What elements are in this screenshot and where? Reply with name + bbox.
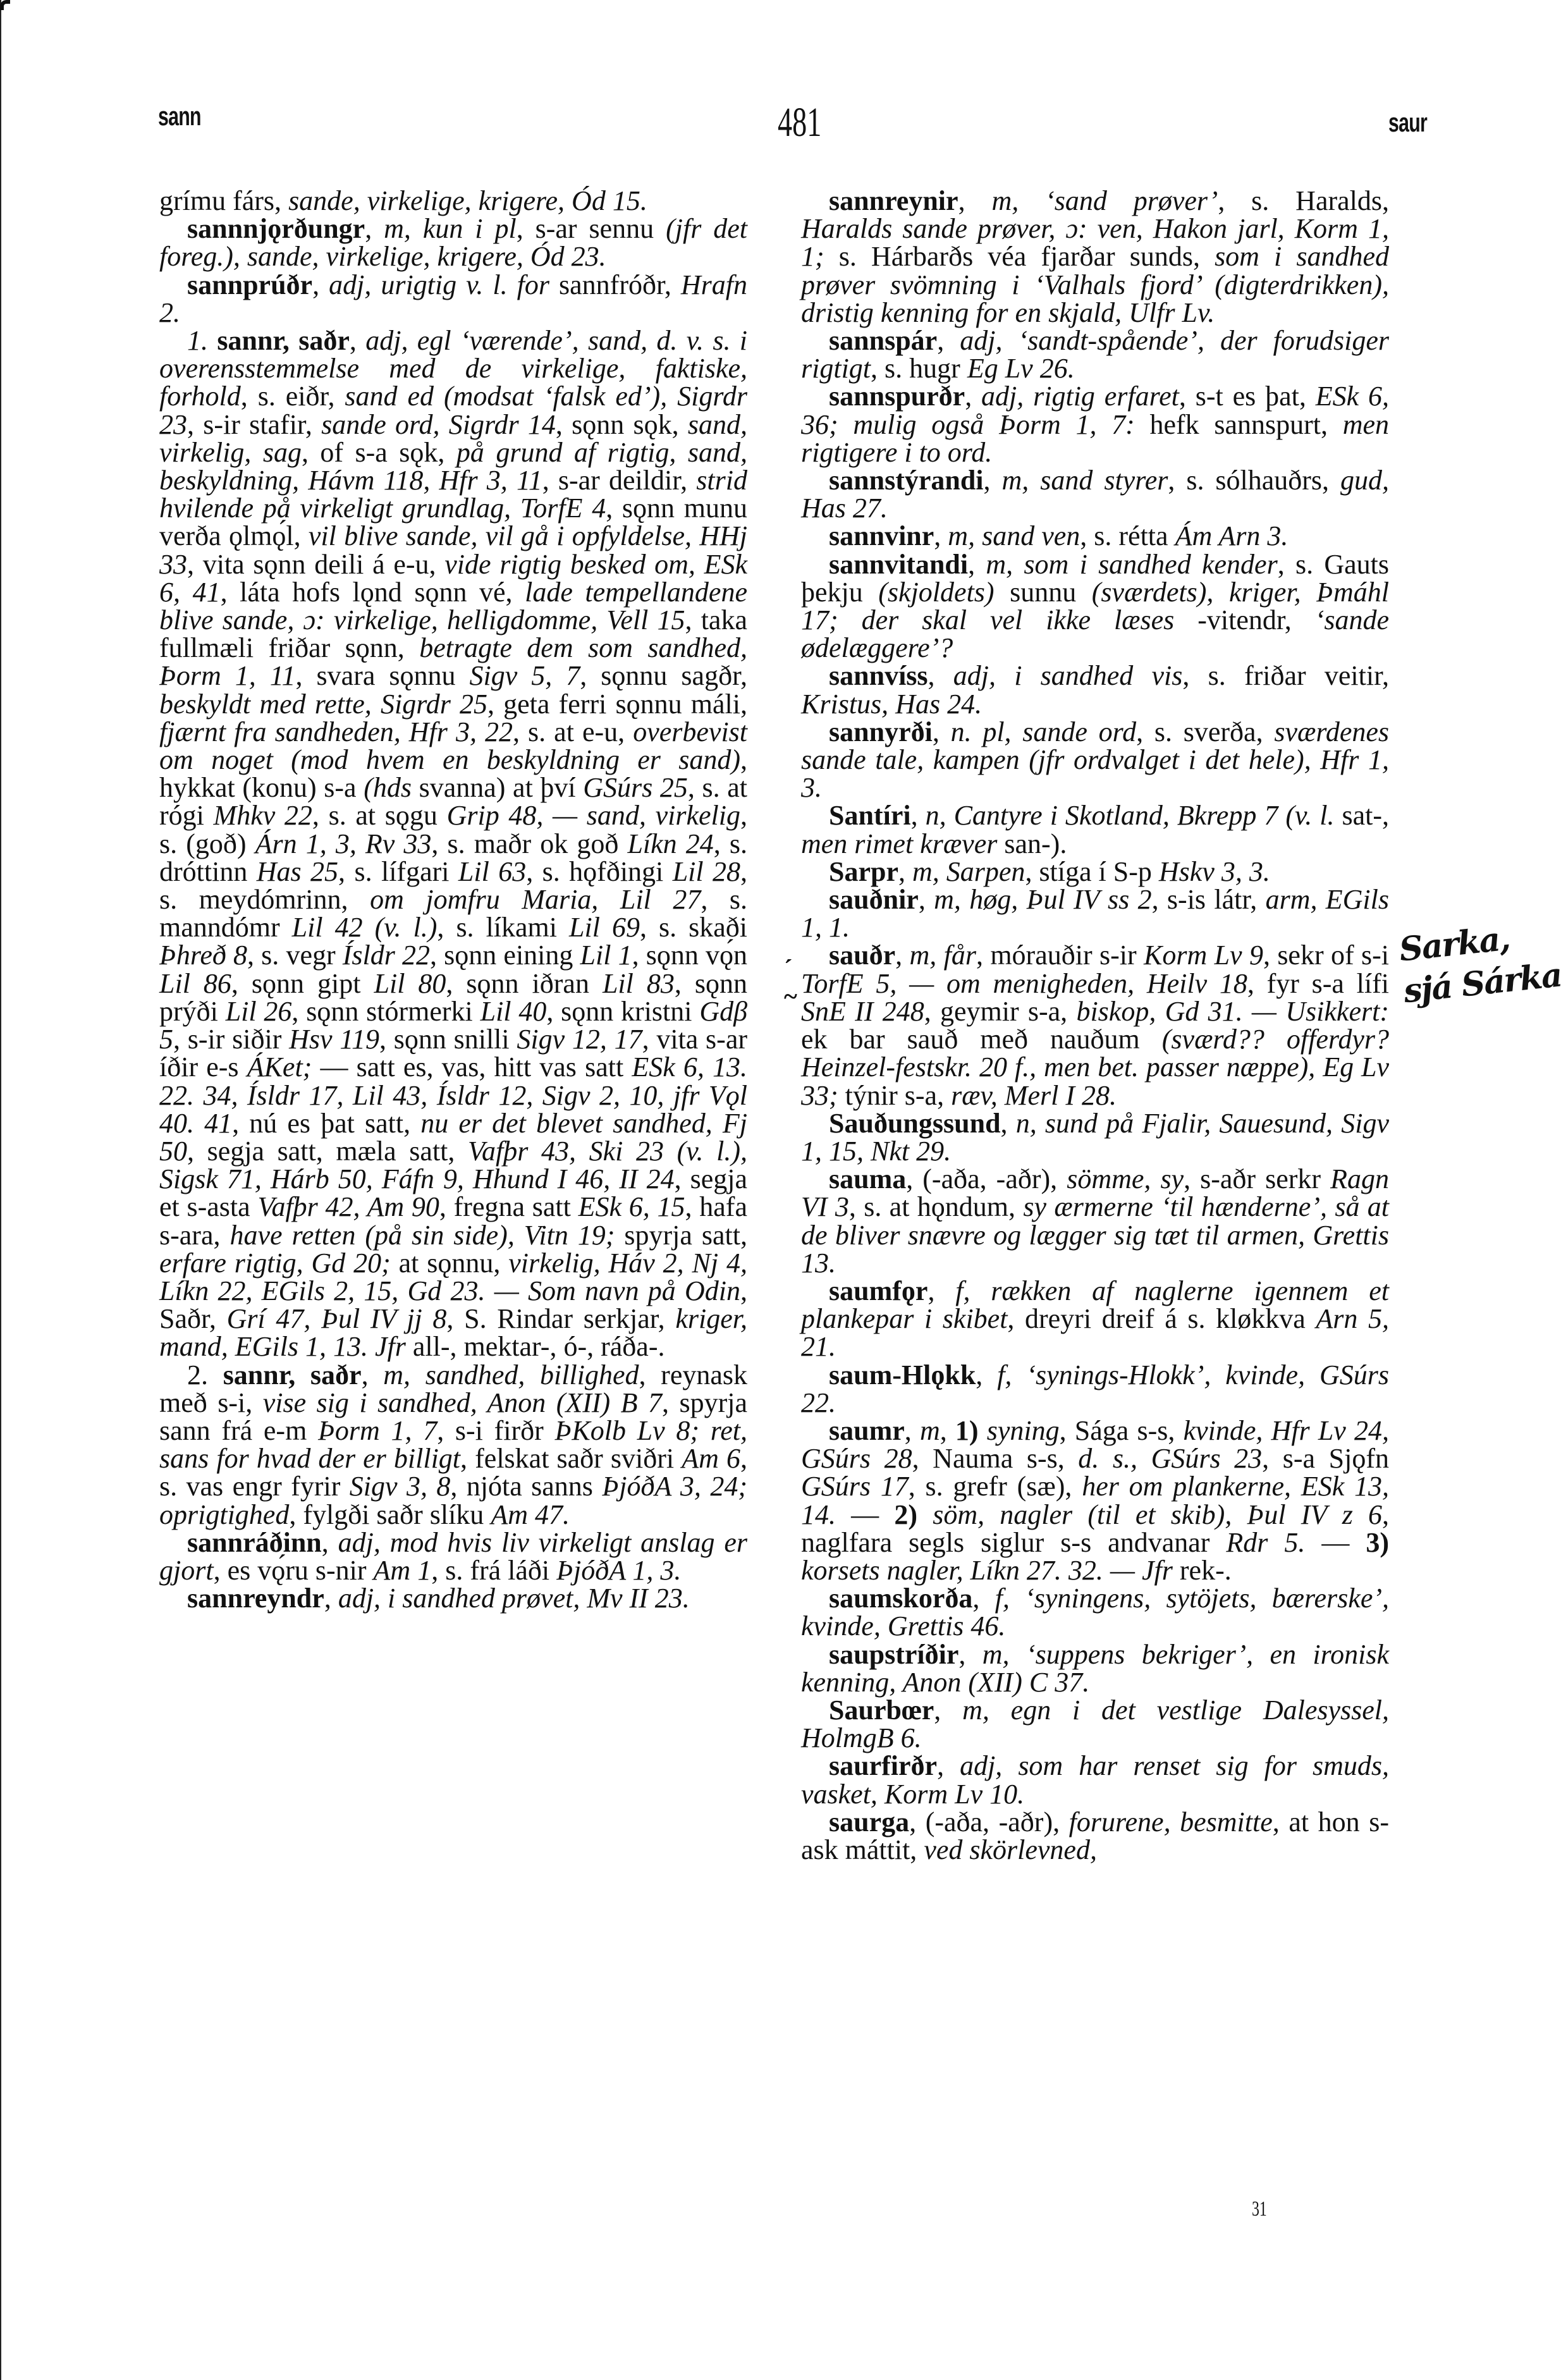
headword: sannstýrandi	[829, 465, 984, 496]
headword: saumskorða	[829, 1583, 972, 1614]
dictionary-entry: saumfǫr, f, rækken af naglerne igennem e…	[801, 1277, 1389, 1361]
signature-mark: 31	[1252, 2197, 1267, 2221]
headword: saumr	[829, 1415, 905, 1446]
citation-text: ,	[937, 325, 960, 356]
citation-text: , s. hǫfðingi	[526, 856, 672, 887]
gloss-text: m, Sarpen	[912, 856, 1025, 887]
headword: Sarpr	[829, 856, 898, 887]
citation-text: , s. vegr	[247, 940, 343, 971]
dictionary-entry: sannreyndr, adj, i sandhed prøvet, Mv II…	[159, 1585, 747, 1612]
citation-text: , segja satt, mæla satt,	[187, 1136, 468, 1167]
gloss-text: Grip 48, — sand, virkelig	[447, 800, 740, 831]
citation-text: , dreyri dreif á s. kløkkva	[1007, 1303, 1316, 1334]
citation-text: ,	[965, 381, 981, 412]
gloss-text: erfare rigtig, Gd 20;	[159, 1248, 391, 1279]
dictionary-entry: sannspár, adj, ‘sandt-spående’, der foru…	[801, 327, 1389, 383]
citation-text: , sǫnn sǫk,	[556, 409, 688, 440]
gloss-text: Hskv 3, 3.	[1159, 856, 1270, 887]
citation-text: at sǫnnu,	[391, 1248, 509, 1279]
gloss-text: d. s., GSúrs 23	[1078, 1443, 1262, 1474]
gloss-text: Lil 80	[374, 968, 446, 999]
citation-text: , s. líkami	[437, 912, 569, 943]
citation-text: ,	[940, 1415, 955, 1446]
dictionary-entry: saumskorða, f, ‘syningens, sytöjets, bær…	[801, 1585, 1389, 1640]
citation-text: , s. skaði	[640, 912, 747, 943]
dictionary-entry: Sarpr, m, Sarpen, stíga í S-p Hskv 3, 3.	[801, 858, 1389, 886]
dictionary-entry: Saurbœr, m, egn i det vestlige Dalesysse…	[801, 1696, 1389, 1752]
gloss-text: Lil 42 (v. l.)	[292, 912, 438, 943]
citation-text: , sǫnn snilli	[379, 1024, 517, 1055]
citation-text: , s. frá láði	[431, 1555, 556, 1586]
citation-text: ,	[898, 856, 912, 887]
gloss-text: SnE II 248	[801, 996, 924, 1027]
citation-text: , s-ir stafir,	[187, 409, 321, 440]
page-corner-mark	[0, 0, 10, 10]
gloss-text: TorfE 5, — om menigheden, Heilv 18	[801, 968, 1247, 999]
gloss-text: Am 1	[374, 1555, 432, 1586]
handwritten-margin-note: Sarka, sjá Sárka	[1397, 912, 1561, 1012]
citation-text: , stíga í S-p	[1025, 856, 1158, 887]
gloss-text: beskyldt med rette, Sigrdr 25	[159, 689, 487, 720]
citation-text: , s. Haralds,	[1218, 185, 1389, 216]
headword: sannreynir	[829, 185, 958, 216]
gloss-text: sande, virkelige, krigere, Ód 15.	[288, 185, 647, 216]
citation-text: ek bar sauð með nauðum	[801, 1024, 1162, 1055]
citation-text: ,	[934, 1695, 962, 1726]
gloss-text: m, sand ven	[948, 520, 1080, 551]
gloss-text: Lil 86	[159, 968, 231, 999]
dictionary-entry: sauðr, m, får, mórauðir s-ir Korm Lv 9, …	[801, 942, 1389, 1109]
gloss-text: adj, rigtig erfaret	[981, 381, 1179, 412]
headword: saupstríðir	[829, 1639, 958, 1670]
citation-text: , s-is látr,	[1152, 884, 1266, 915]
gloss-text: Sigv 12, 17	[517, 1024, 642, 1055]
gloss-text: Mhkv 22	[214, 800, 312, 831]
page-number: 481	[778, 99, 821, 147]
citation-text: , s. rétta	[1080, 520, 1175, 551]
citation-text: , s. grefr (sæ),	[909, 1471, 1082, 1502]
gloss-text: Líkn 24	[627, 828, 713, 859]
dictionary-entry: Sauðungssund, n, sund på Fjalir, Sauesun…	[801, 1110, 1389, 1165]
headword: saurfirðr	[829, 1750, 937, 1781]
dictionary-entry: grímu fárs, sande, virkelige, krigere, Ó…	[159, 187, 747, 215]
citation-text: , s. eiðr,	[241, 381, 345, 412]
headword: Santíri	[829, 800, 911, 831]
gloss-text: Sigv 3, 8	[350, 1471, 451, 1502]
gloss-text: have retten (på sin side), Vitn 19;	[230, 1220, 615, 1251]
headword: 2)	[894, 1499, 917, 1530]
citation-text	[979, 1415, 987, 1446]
citation-text: , (-aða, -aðr),	[906, 1163, 1067, 1194]
citation-text: , s-ir siðir	[173, 1024, 289, 1055]
gloss-text: Hsv 119	[289, 1024, 379, 1055]
gloss-text: m, som i sandhed kender	[986, 549, 1277, 580]
headword: sauðr	[829, 940, 895, 971]
citation-text: — satt es, vas, hitt vas satt	[312, 1052, 632, 1083]
gloss-text: Am 47.	[491, 1499, 570, 1530]
gloss-text: GSúrs 25	[583, 772, 688, 803]
gloss-text: ved skörlevned,	[924, 1834, 1097, 1865]
gloss-text: sande ord, Sigrdr 14	[321, 409, 556, 440]
citation-text: ,	[322, 1527, 338, 1558]
citation-text: , of s-a sǫk,	[302, 437, 456, 468]
citation-text: , sǫnn stórmerki	[291, 996, 480, 1027]
citation-text: grímu fárs,	[159, 185, 288, 216]
gloss-text: Ám Arn 3.	[1175, 520, 1289, 551]
dictionary-entry: sannráðinn, adj, mod hvis liv virkeligt …	[159, 1529, 747, 1585]
citation-text: týnir s-a,	[838, 1080, 951, 1111]
dictionary-entry: sannyrði, n. pl, sande ord, s. sverða, s…	[801, 718, 1389, 802]
headword: 1)	[955, 1415, 979, 1446]
citation-text: ,	[968, 549, 986, 580]
margin-tick-mark: ~	[784, 981, 797, 1011]
headword: sannr, saðr	[223, 1359, 362, 1390]
citation-text: ,	[905, 1415, 920, 1446]
gloss-text: ræv, Merl I 28.	[951, 1080, 1117, 1111]
gloss-text: Korm Lv 9	[1144, 940, 1263, 971]
citation-text: , njóta sanns	[450, 1471, 602, 1502]
gloss-text: (skjoldets)	[878, 577, 994, 608]
right-guide-word: saur	[1388, 107, 1427, 138]
headword: saurga	[829, 1806, 909, 1837]
gloss-text: adj, i sandhed vis	[953, 660, 1183, 691]
citation-text: , fyr s-a lífi	[1247, 968, 1389, 999]
gloss-text: m, får	[909, 940, 976, 971]
headword: Saurbœr	[829, 1695, 934, 1726]
citation-text: , s. at e-u,	[513, 716, 633, 747]
dictionary-entry: 2. sannr, saðr, m, sandhed, billighed, r…	[159, 1361, 747, 1529]
gloss-text: adj, i sandhed prøvet, Mv II 23.	[338, 1583, 690, 1614]
gloss-text: Árn 1, 3, Rv 33	[255, 828, 432, 859]
citation-text: ,	[933, 716, 951, 747]
dictionary-entry: 1. sannr, saðr, adj, egl ‘værende’, sand…	[159, 327, 747, 1361]
gloss-text: n. pl, sande ord	[951, 716, 1137, 747]
citation-text: , geymir s-a,	[924, 996, 1077, 1027]
citation-text: —	[1305, 1527, 1366, 1558]
headword: sannyrði	[829, 716, 933, 747]
gloss-text: m, sandhed, billighed	[383, 1359, 639, 1390]
citation-text: ,	[927, 1275, 955, 1306]
citation-text: , láta hofs lǫnd sǫnn vé,	[221, 577, 525, 608]
gloss-text: Kristus, Has 24.	[801, 689, 982, 720]
citation-text: , es vǫ́ru s-nir	[214, 1555, 374, 1586]
citation-text: , fregna satt	[439, 1191, 578, 1222]
right-column: sannreynir, m, ‘sand prøver’, s. Haralds…	[801, 187, 1389, 1864]
citation-text: , s. sólhauðrs,	[1168, 465, 1340, 496]
gloss-text: GSúrs 17	[801, 1471, 909, 1502]
citation-text: ,	[976, 1359, 997, 1390]
citation-text: —	[836, 1499, 894, 1530]
citation-text: , s. friðar veitir,	[1182, 660, 1389, 691]
citation-text: , s. hugr	[871, 353, 967, 384]
citation-text: , s-ar deildir,	[542, 465, 697, 496]
citation-text: , sǫnn iðran	[446, 968, 603, 999]
gloss-text: Þorm 1, 7	[318, 1415, 437, 1446]
gloss-text: Eg Lv 26.	[967, 353, 1075, 384]
dictionary-entry: Santíri, n, Cantyre i Skotland, Bkrepp 7…	[801, 802, 1389, 857]
headword: saum-Hlǫkk	[829, 1359, 976, 1390]
dictionary-entry: sauma, (-aða, -aðr), sömme, sy, s-aðr se…	[801, 1165, 1389, 1277]
citation-text: , sǫnn eining	[430, 940, 580, 971]
citation-text: , s-ar sennu	[517, 213, 666, 244]
citation-text: ,	[934, 520, 948, 551]
gloss-text: syning	[987, 1415, 1060, 1446]
citation-text: sunnu	[995, 577, 1092, 608]
gloss-text: adj, urigtig v. l. for	[329, 269, 549, 300]
citation-text: ,	[958, 1639, 982, 1670]
citation-text: , s. at hǫndum,	[849, 1191, 1023, 1222]
headword: sannnjǫrðungr	[187, 213, 365, 244]
headword: sannráðinn	[187, 1527, 322, 1558]
gloss-text: (hds	[364, 772, 412, 803]
gloss-text: Rdr 5.	[1226, 1527, 1305, 1558]
gloss-text: Ísldr 22	[343, 940, 430, 971]
dictionary-entry: saurfirðr, adj, som har renset sig for s…	[801, 1752, 1389, 1808]
citation-text: ,	[312, 269, 329, 300]
citation-text: ,	[365, 213, 384, 244]
gloss-text: m, kun i pl	[384, 213, 517, 244]
citation-text: , s-aðr serkr	[1184, 1163, 1330, 1194]
gloss-text: Lil 26	[226, 996, 292, 1027]
citation-text: ,	[911, 800, 926, 831]
gloss-text: biskop, Gd 31. — Usikkert:	[1076, 996, 1389, 1027]
gloss-text: om jomfru Maria, Lil 27	[370, 884, 701, 915]
citation-text: , s. maðr ok goð	[431, 828, 627, 859]
citation-text: , s. sverða,	[1136, 716, 1274, 747]
headword: sannvíss	[829, 660, 928, 691]
dictionary-entry: saupstríðir, m, ‘suppens bekriger’, en i…	[801, 1641, 1389, 1696]
gloss-text: Lil 63	[458, 856, 526, 887]
citation-text: , fylgði saðr slíku	[289, 1499, 491, 1530]
gloss-text: ÞjóðA 1, 3.	[556, 1555, 681, 1586]
gloss-text: Lil 69	[569, 912, 640, 943]
citation-text: ,	[937, 1750, 960, 1781]
dictionary-entry: sannspurðr, adj, rigtig erfaret, s-t es …	[801, 383, 1389, 467]
dictionary-entry: saumr, m, 1) syning, Sága s-s, kvinde, H…	[801, 1417, 1389, 1585]
gloss-text: Lil 83	[603, 968, 675, 999]
citation-text: , mórauðir s-ir	[976, 940, 1144, 971]
citation-text: ,	[928, 660, 953, 691]
citation-text: ,	[919, 884, 934, 915]
gloss-text: m, høg, Þul IV ss 2	[934, 884, 1151, 915]
dictionary-entry: sannvitandi, m, som i sandhed kender, s.…	[801, 551, 1389, 663]
citation-text: spyrja satt,	[615, 1220, 747, 1251]
citation-text: , (-aða, -aðr),	[909, 1806, 1069, 1837]
citation-text: ,	[972, 1583, 995, 1614]
citation-text: , vita sǫnn deili á e-u,	[187, 549, 444, 580]
headword: sauma	[829, 1163, 906, 1194]
gloss-text: m	[920, 1415, 940, 1446]
headword: sannspár	[829, 325, 937, 356]
citation-text: rek-.	[1173, 1555, 1232, 1586]
margin-tick-mark: ˊ	[784, 954, 792, 983]
gloss-text: Lil 28	[673, 856, 740, 887]
citation-text: , sǫnn vǫ́n	[632, 940, 747, 971]
gloss-text: men rimet kræver	[801, 828, 997, 859]
citation-text: , felskat saðr sviðri	[460, 1443, 682, 1474]
page-edge	[0, 0, 5, 2380]
headword: Sauðungssund	[829, 1108, 1001, 1139]
citation-text: all-, mektar-, ó-, ráða-.	[406, 1331, 665, 1362]
citation-text: , s-t es þat,	[1179, 381, 1316, 412]
gloss-text: Lil 1	[580, 940, 632, 971]
left-column: grímu fárs, sande, virkelige, krigere, Ó…	[159, 187, 747, 1612]
gloss-text: korsets nagler, Líkn 27. 32. — Jfr	[801, 1555, 1173, 1586]
citation-text: , geta ferri sǫnnu máli,	[487, 689, 747, 720]
citation-text: sat-,	[1334, 800, 1389, 831]
dictionary-entry: sannvíss, adj, i sandhed vis, s. friðar …	[801, 662, 1389, 718]
citation-text: svanna) at því	[412, 772, 583, 803]
gloss-text: Has 25	[257, 856, 338, 887]
headword: saumfǫr	[829, 1275, 927, 1306]
gloss-text: m, ‘sand prøver’	[991, 185, 1218, 216]
citation-text: , s-i firðr	[437, 1415, 554, 1446]
gloss-text: Sigv 5, 7	[470, 660, 580, 691]
citation-text: ,	[324, 1583, 338, 1614]
citation-text: hefk sannspurt,	[1135, 409, 1343, 440]
citation-text: , S. Rindar serkjar,	[446, 1303, 675, 1334]
headword: sannreyndr	[187, 1583, 324, 1614]
citation-text: , sǫnnu sagðr,	[580, 660, 747, 691]
dictionary-entry: saurga, (-aða, -aðr), forurene, besmitte…	[801, 1808, 1389, 1864]
gloss-text: forurene, besmitte	[1069, 1806, 1273, 1837]
citation-text: -vitendr,	[1174, 604, 1314, 635]
gloss-text: vise sig i sandhed, Anon (XII) B 7	[263, 1387, 662, 1418]
gloss-text: fjærnt fra sandheden, Hfr 3, 22	[159, 716, 513, 747]
gloss-text: Þhreð 8	[159, 940, 247, 971]
citation-text: , sekr of s-i	[1263, 940, 1389, 971]
dictionary-entry: sannnjǫrðungr, m, kun i pl, s-ar sennu (…	[159, 215, 747, 271]
citation-text: ,	[895, 940, 909, 971]
citation-text: , svara sǫnnu	[296, 660, 470, 691]
gloss-text: Am 6	[682, 1443, 740, 1474]
headword: sannspurðr	[829, 381, 965, 412]
citation-text: ,	[350, 325, 365, 356]
gloss-text: Lil 40	[481, 996, 547, 1027]
citation-text: , s-a Sjǫfn	[1262, 1443, 1389, 1474]
citation-text: san-).	[997, 828, 1067, 859]
gloss-text: ÁKet;	[247, 1052, 312, 1083]
dictionary-entry: sannvinr, m, sand ven, s. rétta Ám Arn 3…	[801, 522, 1389, 550]
citation-text: , sǫnn kristni	[546, 996, 699, 1027]
citation-text: , Sága s-s,	[1060, 1415, 1184, 1446]
citation-text: , Nauma s-s,	[912, 1443, 1079, 1474]
dictionary-entry: sauðnir, m, høg, Þul IV ss 2, s-is látr,…	[801, 886, 1389, 942]
dictionary-entry: saum-Hlǫkk, f, ‘synings-Hlokk’, kvinde, …	[801, 1361, 1389, 1417]
gloss-text: Grí 47, Þul IV jj 8	[227, 1303, 447, 1334]
headword: sannvinr	[829, 520, 934, 551]
citation-text: ,	[984, 465, 1002, 496]
headword: 3)	[1366, 1527, 1389, 1558]
citation-text: sannfróðr,	[549, 269, 681, 300]
dictionary-entry: sannprúðr, adj, urigtig v. l. for sannfr…	[159, 271, 747, 327]
gloss-text: sömme, sy	[1067, 1163, 1184, 1194]
gloss-text: 1.	[187, 325, 217, 356]
citation-text: , nú es þat satt,	[232, 1108, 420, 1139]
citation-text	[917, 1499, 933, 1530]
citation-text: , s. at sǫgu	[312, 800, 447, 831]
gloss-text: m, sand styrer	[1002, 465, 1168, 496]
citation-text: , sǫnn gipt	[231, 968, 374, 999]
gloss-text: söm, nagler (til et skib), Þul IV z 6	[933, 1499, 1382, 1530]
citation-text: , s. lífgari	[338, 856, 458, 887]
dictionary-entry: sannstýrandi, m, sand styrer, s. sólhauð…	[801, 467, 1389, 522]
headword: sauðnir	[829, 884, 919, 915]
headword: sannprúðr	[187, 269, 312, 300]
citation-text: ,	[958, 185, 992, 216]
dictionary-entry: sannreynir, m, ‘sand prøver’, s. Haralds…	[801, 187, 1389, 327]
citation-text: ,	[1001, 1108, 1016, 1139]
citation-text: ,	[362, 1359, 384, 1390]
gloss-text: Vafþr 42, Am 90	[257, 1191, 439, 1222]
citation-text: s. Hárbarðs véa fjarðar sunds,	[824, 241, 1215, 272]
headword: sannr, saðr	[217, 325, 350, 356]
gloss-text: ESk 6, 15	[578, 1191, 685, 1222]
headword: sannvitandi	[829, 549, 968, 580]
citation-text: 2.	[187, 1359, 223, 1390]
left-guide-word: sann	[158, 101, 201, 132]
gloss-text: n, Cantyre i Skotland, Bkrepp 7 (v. l.	[926, 800, 1335, 831]
